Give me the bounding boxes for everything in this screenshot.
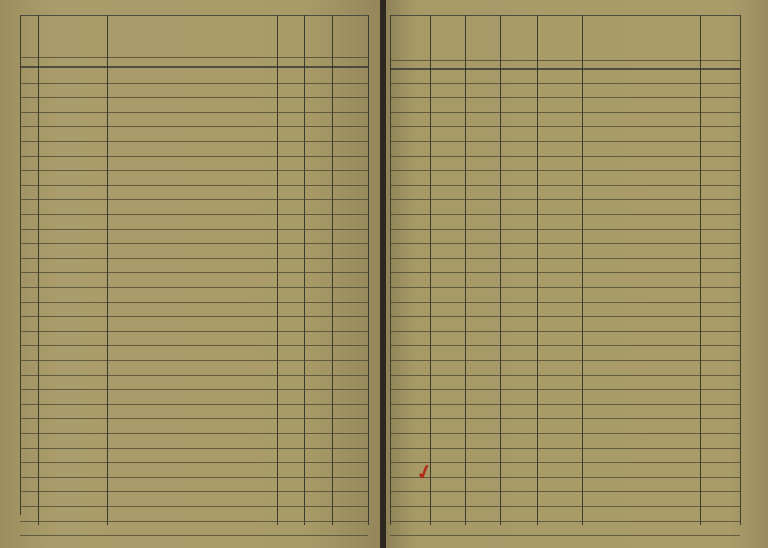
row-rule xyxy=(390,112,740,113)
row-rule xyxy=(390,477,740,478)
row-rule xyxy=(390,214,740,215)
column-header xyxy=(20,16,38,57)
row-rule xyxy=(390,535,740,536)
header-bottom-rule xyxy=(390,68,740,70)
row-rule xyxy=(20,316,368,317)
row-rule xyxy=(390,433,740,434)
row-rule xyxy=(20,141,368,142)
left-page xyxy=(0,0,382,548)
header-rule xyxy=(20,57,368,58)
row-rule xyxy=(390,229,740,230)
row-rule xyxy=(390,97,740,98)
row-rule xyxy=(20,83,368,84)
row-rule xyxy=(390,287,740,288)
column-header xyxy=(537,16,582,60)
column-header xyxy=(107,16,277,57)
header-bottom-rule xyxy=(20,66,368,68)
row-rule xyxy=(390,448,740,449)
row-rule xyxy=(20,389,368,390)
row-rule xyxy=(20,331,368,332)
row-rule xyxy=(390,418,740,419)
row-rule xyxy=(20,287,368,288)
row-rule xyxy=(20,462,368,463)
row-rule xyxy=(390,375,740,376)
row-rule xyxy=(20,185,368,186)
row-rule xyxy=(390,360,740,361)
row-rule xyxy=(20,418,368,419)
row-rule xyxy=(390,83,740,84)
row-rule xyxy=(20,243,368,244)
row-rule xyxy=(20,170,368,171)
row-rule xyxy=(390,491,740,492)
column-header xyxy=(277,16,304,57)
row-rule xyxy=(390,331,740,332)
row-rule xyxy=(390,506,740,507)
row-rule xyxy=(20,375,368,376)
row-rule xyxy=(390,272,740,273)
column-header xyxy=(430,16,465,60)
row-rule xyxy=(20,199,368,200)
row-rule xyxy=(390,404,740,405)
row-rule xyxy=(390,316,740,317)
row-rule xyxy=(20,448,368,449)
row-rule xyxy=(390,258,740,259)
row-rule xyxy=(20,112,368,113)
row-rule xyxy=(390,185,740,186)
row-rule xyxy=(20,404,368,405)
column-header xyxy=(38,16,107,57)
row-rule xyxy=(390,141,740,142)
row-rule xyxy=(20,97,368,98)
row-rule xyxy=(20,214,368,215)
column-divider xyxy=(20,15,21,515)
row-rule xyxy=(20,360,368,361)
column-header xyxy=(700,16,740,60)
row-rule xyxy=(390,170,740,171)
column-header xyxy=(582,16,700,60)
row-rule xyxy=(390,462,740,463)
row-rule xyxy=(390,156,740,157)
row-rule xyxy=(20,433,368,434)
right-page: ✓ xyxy=(386,0,768,548)
header-rule xyxy=(390,60,740,61)
column-header xyxy=(332,16,368,57)
column-header xyxy=(500,16,537,60)
row-rule xyxy=(20,491,368,492)
row-rule xyxy=(20,521,368,522)
row-rule xyxy=(390,345,740,346)
row-rule xyxy=(390,199,740,200)
row-rule xyxy=(20,272,368,273)
column-header xyxy=(465,16,500,60)
row-rule xyxy=(20,535,368,536)
row-rule xyxy=(20,345,368,346)
row-rule xyxy=(390,521,740,522)
row-rule xyxy=(390,389,740,390)
row-rule xyxy=(390,243,740,244)
row-rule xyxy=(20,229,368,230)
row-rule xyxy=(20,302,368,303)
row-rule xyxy=(20,477,368,478)
row-rule xyxy=(20,126,368,127)
column-divider xyxy=(740,15,741,525)
column-header xyxy=(304,16,332,57)
row-rule xyxy=(20,258,368,259)
row-rule xyxy=(20,156,368,157)
row-rule xyxy=(20,506,368,507)
row-rule xyxy=(390,302,740,303)
row-rule xyxy=(390,126,740,127)
column-header xyxy=(390,16,430,60)
column-divider xyxy=(368,15,369,525)
